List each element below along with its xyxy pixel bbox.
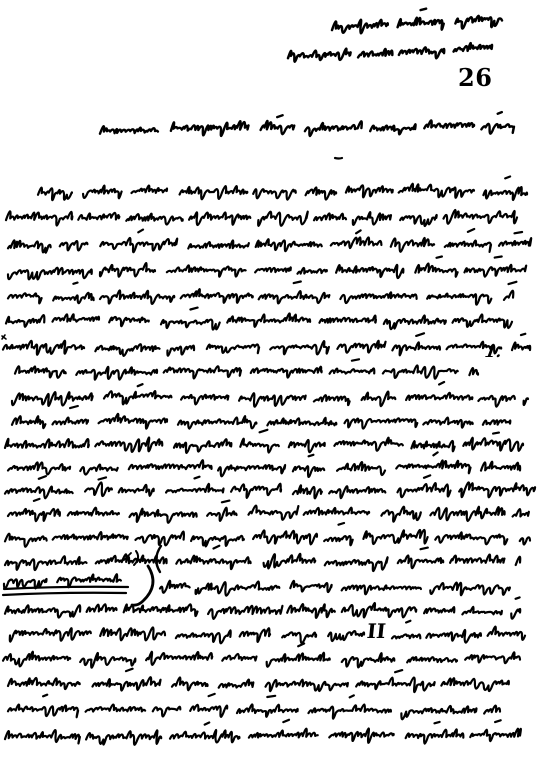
tsar-numeral-annotation: 1.	[484, 344, 504, 360]
handwriting-body-line-20	[10, 628, 364, 644]
handwriting-body-line-23	[8, 669, 509, 692]
handwriting-body-line-12	[8, 452, 520, 477]
handwriting-body-line-14	[8, 499, 529, 523]
handwriting-body-line-4	[8, 257, 526, 280]
handwriting-body-line-1	[38, 177, 527, 201]
paren-close-large	[132, 566, 153, 605]
handwriting-body-line-18	[160, 581, 510, 596]
handwriting-header-line-1	[332, 9, 502, 34]
handwriting-body-line-5	[8, 282, 516, 305]
handwriting-body-line-13	[5, 475, 535, 498]
handwriting-svg	[0, 0, 542, 757]
page-number: 26	[458, 66, 492, 90]
handwriting-body-line-8	[15, 359, 478, 379]
handwriting-body-line-21	[392, 621, 525, 643]
roman-numeral-II: II	[366, 621, 387, 641]
manuscript-page: 26 II 1.	[0, 0, 542, 757]
handwriting-body-line-11	[5, 430, 523, 453]
handwriting-body-line-6	[6, 308, 512, 330]
handwriting-body-line-19	[5, 597, 520, 618]
handwriting-body-line-24	[8, 694, 500, 719]
handwriting-header-line-2	[288, 43, 492, 62]
ink-speck-2	[2, 335, 6, 339]
handwriting-body-line-3	[8, 229, 531, 253]
handwriting-body-line-16	[5, 546, 520, 571]
handwriting-body-line-10	[12, 406, 510, 429]
underline-1	[4, 587, 128, 589]
ink-speck-1	[335, 158, 342, 159]
handwriting-salutation-line-1	[100, 112, 514, 136]
underline-2	[3, 593, 126, 595]
handwriting-body-line-2	[6, 210, 517, 226]
handwriting-body-line-22	[3, 644, 520, 668]
handwriting-body-line-9	[12, 382, 528, 407]
handwriting-body-line-7	[3, 333, 530, 356]
handwriting-body-line-15	[5, 523, 530, 547]
handwriting-body-line-25	[5, 720, 521, 745]
